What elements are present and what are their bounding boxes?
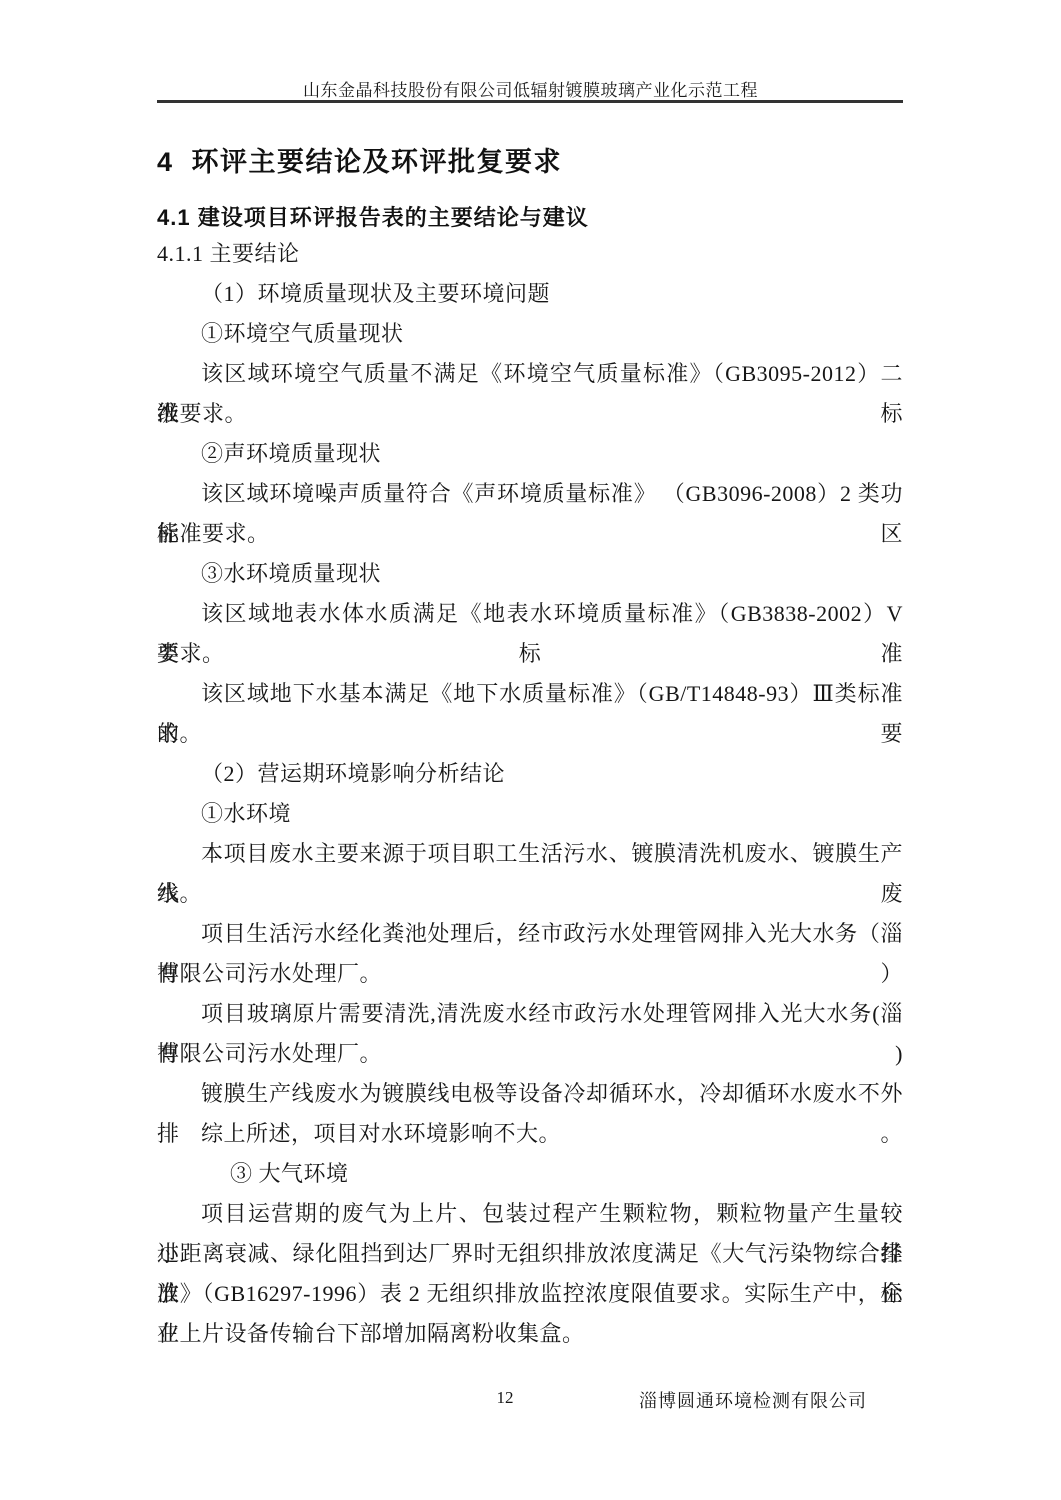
body-line: 准》（GB16297-1996）表 2 无组织排放监控浓度限值要求。实际生产中，… — [157, 1274, 903, 1314]
chapter-heading: 4 环评主要结论及环评批复要求 — [157, 140, 562, 179]
body-line: ①环境空气质量现状 — [157, 314, 903, 354]
section-heading: 4.1 建设项目环评报告表的主要结论与建议 — [157, 201, 589, 232]
body-text: 4.1.1 主要结论（1）环境质量现状及主要环境问题①环境空气质量现状该区域环境… — [157, 234, 903, 1354]
footer-company: 淄博圆通环境检测有限公司 — [639, 1387, 867, 1413]
body-line: 本项目废水主要来源于项目职工生活污水、镀膜清洗机废水、镀膜生产线废 — [157, 834, 903, 874]
body-line: ②声环境质量现状 — [157, 434, 903, 474]
body-line: 该区域地表水体水质满足《地表水环境质量标准》（GB3838-2002）V 类标准 — [157, 594, 903, 634]
body-line: 项目生活污水经化粪池处理后，经市政污水处理管网排入光大水务（淄博） — [157, 914, 903, 954]
header-rule — [157, 100, 903, 103]
running-header-title: 山东金晶科技股份有限公司低辐射镀膜玻璃产业化示范工程 — [0, 76, 1061, 101]
body-line: ③水环境质量现状 — [157, 554, 903, 594]
body-line: （1）环境质量现状及主要环境问题 — [157, 274, 903, 314]
body-line: ③ 大气环境 — [157, 1154, 903, 1194]
body-line: 过距离衰减、绿化阻挡到达厂界时无组织排放浓度满足《大气污染物综合排放标 — [157, 1234, 903, 1274]
body-line: 项目运营期的废气为上片、包装过程产生颗粒物，颗粒物量产生量较小，经 — [157, 1194, 903, 1234]
page-number: 12 — [475, 1388, 535, 1408]
body-line: 在上片设备传输台下部增加隔离粉收集盒。 — [157, 1314, 903, 1354]
body-line: ①水环境 — [157, 794, 903, 834]
body-line: 4.1.1 主要结论 — [157, 234, 903, 274]
body-line: 该区域地下水基本满足《地下水质量标准》（GB/T14848-93）Ⅲ类标准的要 — [157, 674, 903, 714]
body-line: 该区域环境空气质量不满足《环境空气质量标准》（GB3095-2012）二级标 — [157, 354, 903, 394]
body-line: 该区域环境噪声质量符合《声环境质量标准》 （GB3096-2008）2 类功能区 — [157, 474, 903, 514]
body-line: （2）营运期环境影响分析结论 — [157, 754, 903, 794]
body-line: 镀膜生产线废水为镀膜线电极等设备冷却循环水，冷却循环水废水不外排。 — [157, 1074, 903, 1114]
document-page: 山东金晶科技股份有限公司低辐射镀膜玻璃产业化示范工程 4 环评主要结论及环评批复… — [0, 0, 1061, 1500]
body-line: 项目玻璃原片需要清洗,清洗废水经市政污水处理管网排入光大水务(淄博) — [157, 994, 903, 1034]
